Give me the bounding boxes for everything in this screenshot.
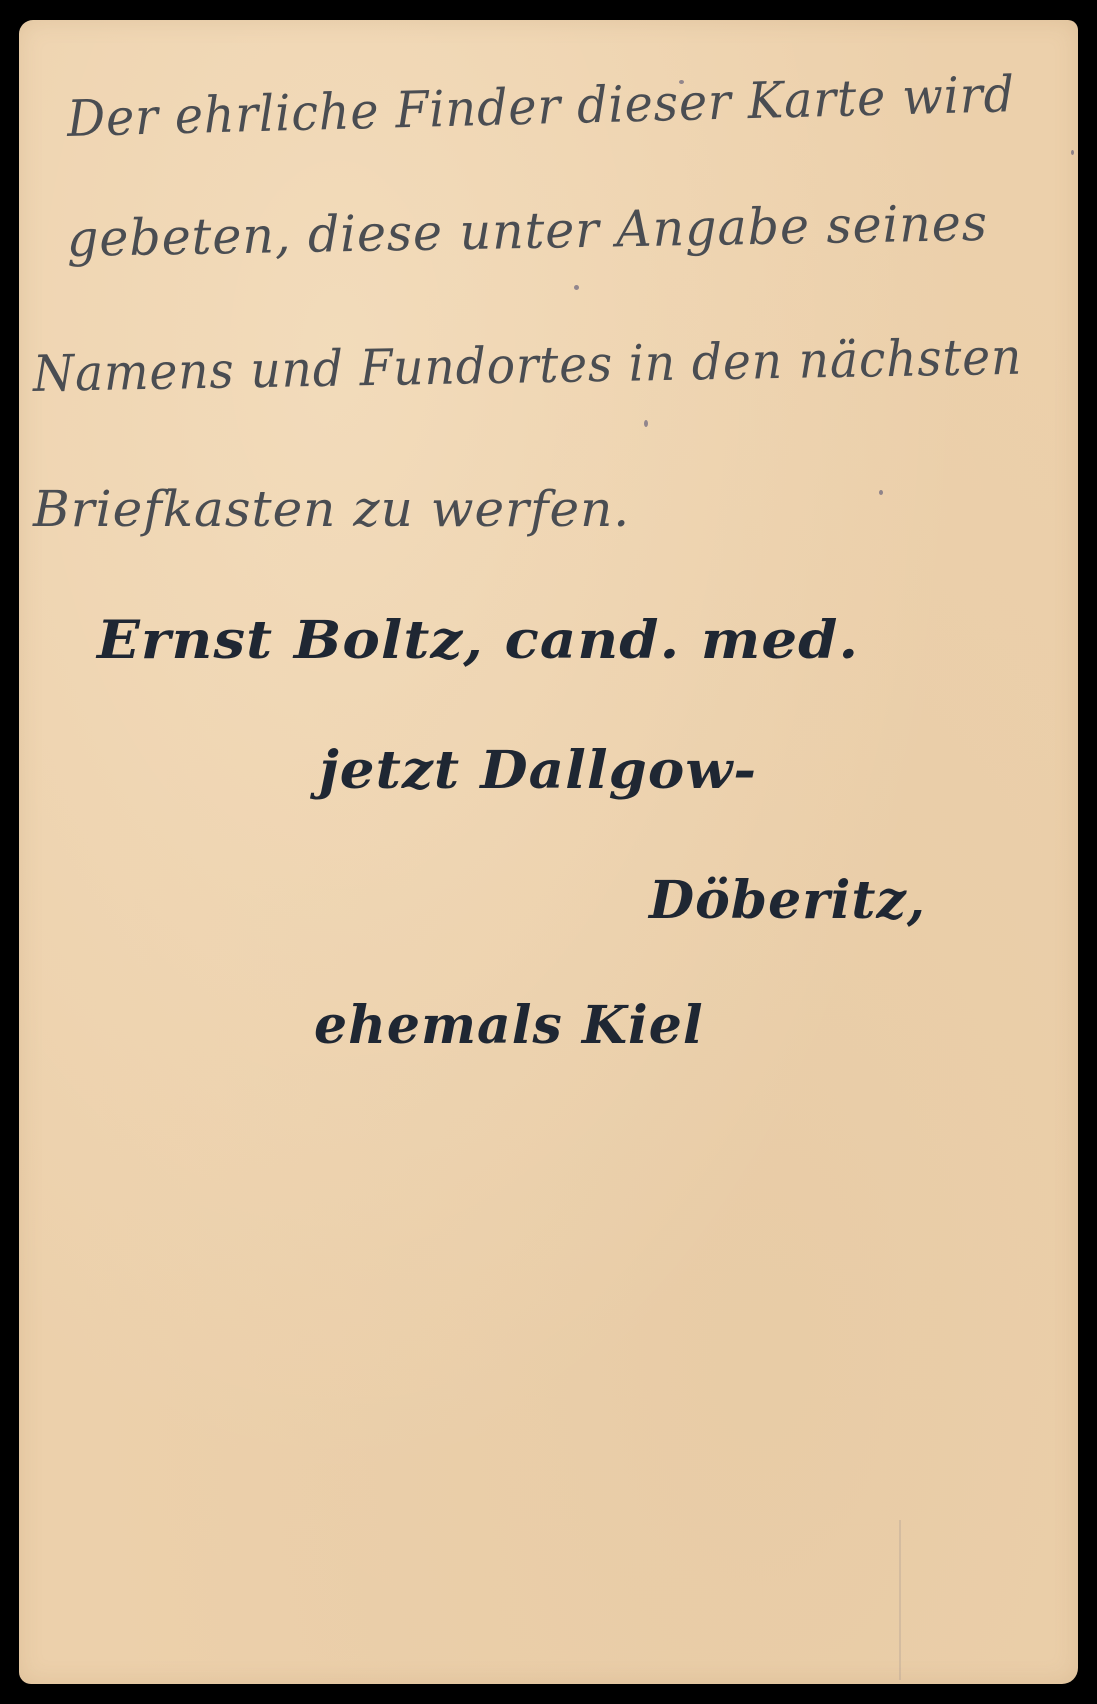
signature-address-2: Döberitz,: [649, 870, 926, 931]
ink-fleck: [879, 490, 883, 495]
ink-fleck: [1071, 150, 1074, 155]
signature-name: Ernst Boltz, cand. med.: [97, 610, 859, 671]
message-line-1: Der ehrliche Finder dieser Karte wird: [66, 65, 1015, 148]
ink-fleck: [574, 285, 579, 290]
postcard: Der ehrliche Finder dieser Karte wird ge…: [19, 20, 1078, 1684]
message-line-3: Namens und Fundortes in den nächsten: [32, 328, 1022, 403]
paper-crease: [899, 1520, 901, 1680]
signature-address-1: jetzt Dallgow-: [319, 740, 757, 801]
message-line-2: gebeten, diese unter Angabe seines: [66, 194, 988, 268]
ink-fleck: [644, 420, 648, 427]
message-line-4: Briefkasten zu werfen.: [33, 480, 630, 538]
signature-address-3: ehemals Kiel: [314, 995, 704, 1056]
